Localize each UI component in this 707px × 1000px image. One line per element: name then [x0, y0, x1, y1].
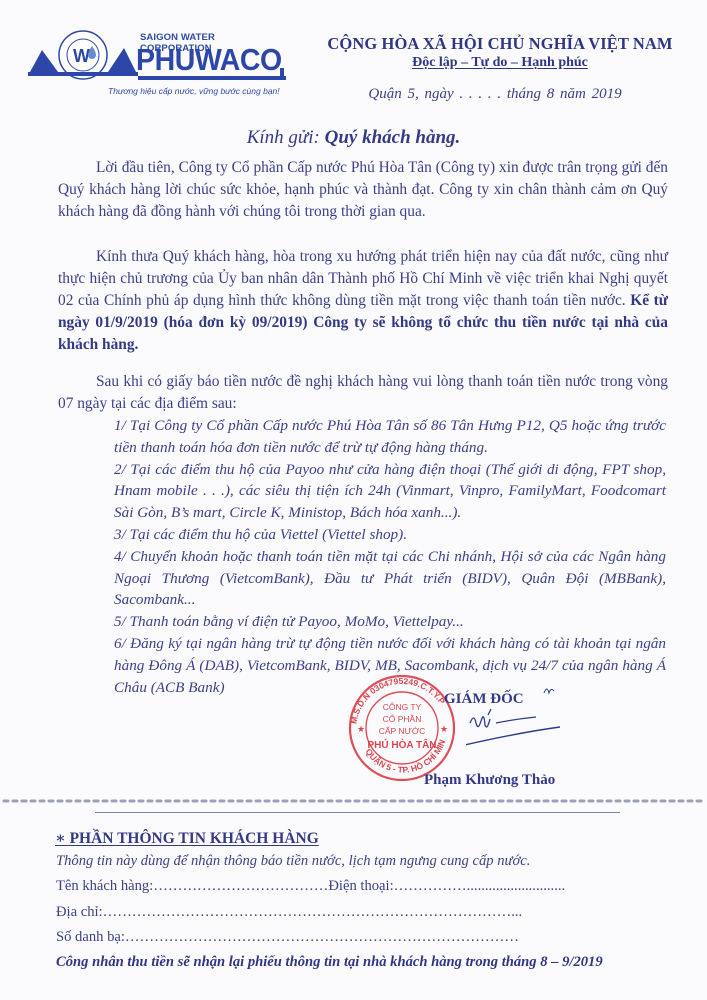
paragraph-intro-text: Lời đầu tiên, Công ty Cổ phần Cấp nước P… — [58, 159, 668, 220]
signatory-name: Phạm Khương Thảo — [424, 772, 555, 789]
water-drop-emblem-icon: W — [28, 28, 138, 83]
paragraph-payment-instructions: Sau khi có giấy báo tiền nước đề nghị kh… — [58, 371, 668, 415]
date-line: Quận 5, ngày . . . . . tháng 8 năm 2019 — [300, 86, 690, 103]
customer-info-note: Thông tin này dùng để nhận thông báo tiề… — [56, 853, 530, 870]
address-label: Địa chỉ: — [56, 904, 103, 920]
list-item: 4/ Chuyển khoản hoặc thanh toán tiền mặt… — [114, 546, 666, 611]
address-row: Địa chỉ:…………………………………………………………………………... — [56, 904, 522, 921]
list-item: 2/ Tại các điểm thu hộ của Payoo như cửa… — [114, 459, 666, 524]
payment-locations-list: 1/ Tại Công ty Cổ phần Cấp nước Phú Hòa … — [114, 415, 666, 698]
company-stamp-icon: M.S.D.N 0304795249.C.T.Y.P QUẬN 5 - TP. … — [344, 672, 460, 782]
logo-underline — [138, 76, 286, 80]
greeting: Kính gửi: Quý khách hàng. — [0, 127, 707, 149]
account-book-field[interactable]: ……………………………………………………………………… — [125, 929, 519, 945]
national-motto: Độc lập – Tự do – Hạnh phúc — [300, 55, 700, 71]
phone-label: Điện thoại: — [328, 878, 393, 894]
svg-text:CẤP NƯỚC: CẤP NƯỚC — [379, 726, 426, 736]
greeting-prefix: Kính gửi: — [247, 127, 325, 148]
account-book-row: Số danh bạ:……………………………………………………………………… — [56, 929, 519, 946]
customer-name-row: Tên khách hàng:………………………………Điện thoại:……… — [56, 878, 565, 895]
list-item: 3/ Tại các điểm thu hộ của Viettel (Viet… — [114, 524, 666, 546]
phone-field[interactable]: ……………........................... — [394, 878, 565, 894]
svg-text:★: ★ — [440, 724, 448, 734]
divider-rule — [95, 812, 620, 813]
list-item: 1/ Tại Công ty Cổ phần Cấp nước Phú Hòa … — [114, 415, 666, 459]
customer-name-field[interactable]: ……………………………… — [153, 878, 328, 894]
account-book-label: Số danh bạ: — [56, 929, 125, 945]
svg-text:CÔNG TY: CÔNG TY — [383, 702, 422, 712]
svg-text:W: W — [73, 46, 90, 66]
cut-line-divider — [0, 797, 707, 805]
paragraph-announcement: Kính thưa Quý khách hàng, hòa trong xu h… — [58, 246, 668, 356]
logo-tagline: Thương hiệu cấp nước, vững bước cùng bạn… — [108, 86, 280, 96]
customer-info-section-title: ∗ PHẦN THÔNG TIN KHÁCH HÀNG — [55, 828, 319, 848]
national-title: CỘNG HÒA XÃ HỘI CHỦ NGHĨA VIỆT NAM — [300, 34, 700, 54]
svg-text:CỔ PHẦN: CỔ PHẦN — [383, 713, 422, 724]
motto-text: Độc lập – Tự do – Hạnh phúc — [412, 55, 588, 70]
paragraph-announcement-text: Kính thưa Quý khách hàng, hòa trong xu h… — [58, 248, 668, 309]
svg-text:★: ★ — [357, 724, 365, 734]
paragraph-payment-text: Sau khi có giấy báo tiền nước đề nghị kh… — [58, 373, 668, 412]
address-field[interactable]: …………………………………………………………………………... — [103, 904, 523, 920]
logo-brand-name: PHUWACO — [136, 42, 282, 78]
customer-name-label: Tên khách hàng: — [56, 878, 153, 894]
company-logo: W SAIGON WATER CORPORATION PHUWACO Thươn… — [28, 28, 288, 98]
greeting-recipient: Quý khách hàng. — [325, 127, 461, 148]
list-item: 5/ Thanh toán bằng ví điện tử Payoo, MoM… — [114, 611, 666, 633]
handwritten-signature-icon — [466, 683, 566, 753]
paragraph-intro: Lời đầu tiên, Công ty Cổ phần Cấp nước P… — [58, 157, 668, 223]
collection-notice: Công nhân thu tiền sẽ nhận lại phiếu thô… — [56, 954, 603, 971]
svg-text:PHÚ HÒA TÂN: PHÚ HÒA TÂN — [367, 738, 436, 751]
logo-bar — [280, 68, 284, 78]
